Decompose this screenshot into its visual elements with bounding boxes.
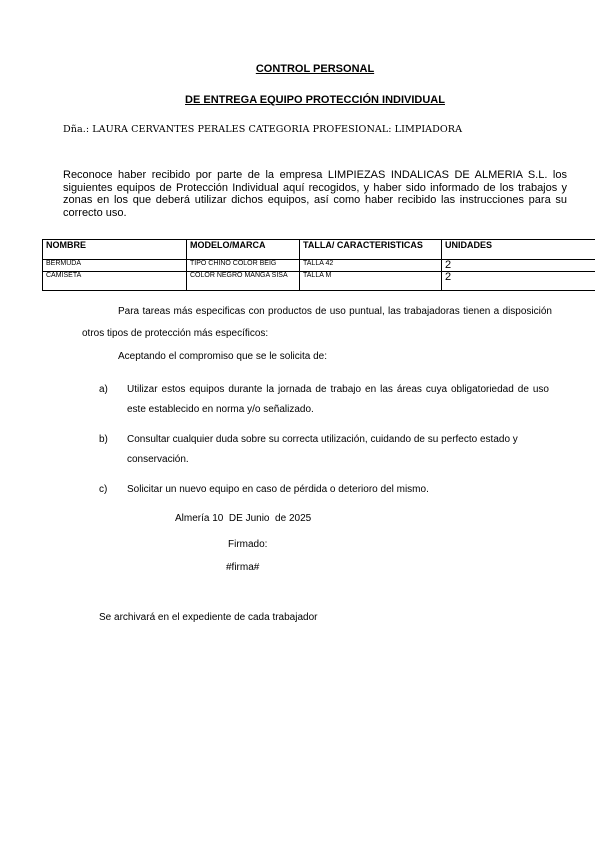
commitment-text: Consultar cualquier duda sobre su correc…	[127, 430, 549, 470]
cell-modelo: COLOR NEGRO MANGA SISA	[187, 272, 300, 291]
place-date: Almería 10 DE Junio de 2025	[175, 513, 311, 524]
worker-line: Dña.: LAURA CERVANTES PERALES CATEGORIA …	[63, 124, 462, 135]
commitment-label: c)	[99, 480, 107, 500]
archive-note: Se archivará en el expediente de cada tr…	[99, 612, 317, 623]
ppe-table: NOMBRE MODELO/MARCA TALLA/ CARACTERISTIC…	[42, 239, 595, 291]
commitment-item: b) Consultar cualquier duda sobre su cor…	[99, 430, 549, 470]
commitment-label: a)	[99, 380, 108, 400]
header-talla: TALLA/ CARACTERISTICAS	[300, 240, 442, 260]
cell-unidades: 2	[442, 260, 595, 272]
cell-unidades: 2	[442, 272, 595, 291]
commitment-text: Utilizar estos equipos durante la jornad…	[127, 380, 549, 420]
cell-talla: TALLA 42	[300, 260, 442, 272]
cell-talla: TALLA M	[300, 272, 442, 291]
document-title: CONTROL PERSONAL	[0, 63, 595, 75]
document-subtitle: DE ENTREGA EQUIPO PROTECCIÓN INDIVIDUAL	[0, 94, 595, 106]
header-modelo: MODELO/MARCA	[187, 240, 300, 260]
cell-nombre: CAMISETA	[43, 272, 187, 291]
table-row: BERMUDA TIPO CHINO COLOR BEIG TALLA 42 2	[43, 260, 595, 272]
commitment-label: b)	[99, 430, 108, 450]
accept-line: Aceptando el compromiso que se le solici…	[118, 351, 327, 362]
cell-nombre: BERMUDA	[43, 260, 187, 272]
signature-placeholder: #firma#	[226, 562, 259, 573]
signed-label: Firmado:	[228, 539, 267, 550]
specific-protection-note: Para tareas más especificas con producto…	[82, 301, 552, 344]
header-unidades: UNIDADES	[442, 240, 595, 260]
table-header-row: NOMBRE MODELO/MARCA TALLA/ CARACTERISTIC…	[43, 240, 595, 260]
header-nombre: NOMBRE	[43, 240, 187, 260]
cell-modelo: TIPO CHINO COLOR BEIG	[187, 260, 300, 272]
intro-paragraph: Reconoce haber recibido por parte de la …	[63, 169, 567, 219]
table-row: CAMISETA COLOR NEGRO MANGA SISA TALLA M …	[43, 272, 595, 291]
commitment-text: Solicitar un nuevo equipo en caso de pér…	[127, 480, 549, 500]
commitment-item: c) Solicitar un nuevo equipo en caso de …	[99, 480, 549, 500]
commitment-item: a) Utilizar estos equipos durante la jor…	[99, 380, 549, 420]
